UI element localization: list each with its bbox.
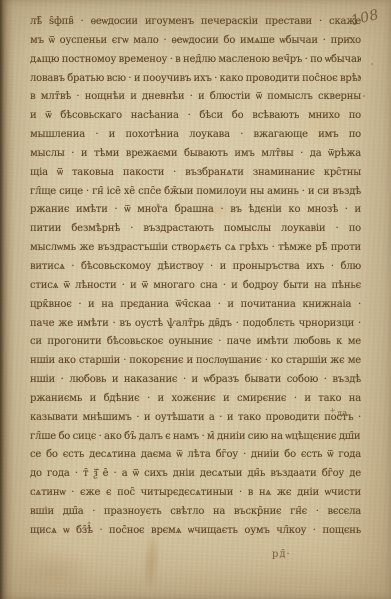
manuscript-line: сѧтинѡ · єже є пос̑ читырєдєсѧтиныи · в … [30,484,361,503]
manuscript-line: казывати мнѣшимъ · и оутѣшати а · и тако… [30,409,361,428]
manuscript-line: ржаниє имѣти · ѿ многа брашна · въ ѣдєні… [30,201,361,220]
manuscript-line: вшіи дш̑а · празноуєть свѣтло на въскр̑н… [30,503,361,522]
manuscript-line: мышлениа · и похотѣниа лоукава · вжагающ… [30,126,361,145]
manuscript-line: црк̑вноє · и на прєданиа ѿч̑скаа · и поч… [30,296,361,315]
manuscript-line: мыслы · и тѣми врежаєми бывають имъ млт̑… [30,145,361,164]
manuscript-line: се бо єсть десѧтина даєма ѿ лѣта бг̑оу ·… [30,446,361,465]
manuscript-line: мъ ѿ оуспеньи єгѡ мало · ѳеѡдосии бо имѧ… [30,32,361,51]
manuscript-line: гл̑ше бо сицє · ако бъ̑ далъ є намъ · м̑… [30,428,361,447]
margin-note: +да [330,405,348,419]
manuscript-line: си прогонити бѣсовьскоє оуныниє · паче и… [30,333,361,352]
binding-edge [0,0,14,599]
manuscript-line: щисѧ ѡ бз̑ѣ · пос̑ноє врємѧ ѡчищаєть оум… [30,522,361,541]
manuscript-page: 108 лѣ̑ ѕ̑фпв̑ · ѳеѡдосии игоуменъ печер… [0,0,391,599]
manuscript-line: лѣ̑ ѕ̑фпв̑ · ѳеѡдосии игоуменъ печераскі… [30,13,361,32]
insertion-mark: + [330,406,336,414]
manuscript-line: ржаниємь и бдѣниє · и хожєниє и смирєниє… [30,390,361,409]
margin-note-text: да [337,408,348,419]
manuscript-line: витисѧ · бѣсовьскомоу дѣиствоу · и проны… [30,258,361,277]
text-block: лѣ̑ ѕ̑фпв̑ · ѳеѡдосии игоуменъ печераскі… [30,13,361,547]
manuscript-line: ншіи ако старшіи · покорєниє и послѹшани… [30,352,361,371]
manuscript-line: и ѿ бѣсовьскаго насѣаниа · бѣси бо всѣва… [30,107,361,126]
manuscript-line: паче же имѣти · въ оустѣ ѱалт̑рь дв̑дъ ·… [30,315,361,334]
manuscript-line: мыслѡмь же въздрастъшіи створѧєть сѧ грѣ… [30,239,361,258]
manuscript-line: в млт̑вѣ · нощнѣи и дневнѣи · и блюстіи … [30,88,361,107]
stain [14,545,104,599]
manuscript-line: ншіи · любовь и наказаниє · и ѡбразъ быв… [30,371,361,390]
manuscript-line: дѧщю постномоу временоу · в нед̑лю масле… [30,51,361,70]
manuscript-line: ловавъ братью всю · и пооучивъ ихъ · как… [30,70,361,89]
manuscript-line: до года · т̑ ѯ̑ е̑ · а ѿ сихъ дніи десѧт… [30,465,361,484]
folio-number-cyrillic: рд̑· [272,549,291,560]
manuscript-line: питии безмѣрнѣ · въздрастають помыслы ло… [30,220,361,239]
manuscript-line: стисѧ ѿ лѣности · и ѿ многаго сна · и бо… [30,277,361,296]
manuscript-line: щіа ѿ таковыа пакости · възбранѧти знами… [30,164,361,183]
manuscript-line: гл̑ще сице · гн̑ ісе̑ хе̑ спс̑е бж̑ыи по… [30,183,361,202]
